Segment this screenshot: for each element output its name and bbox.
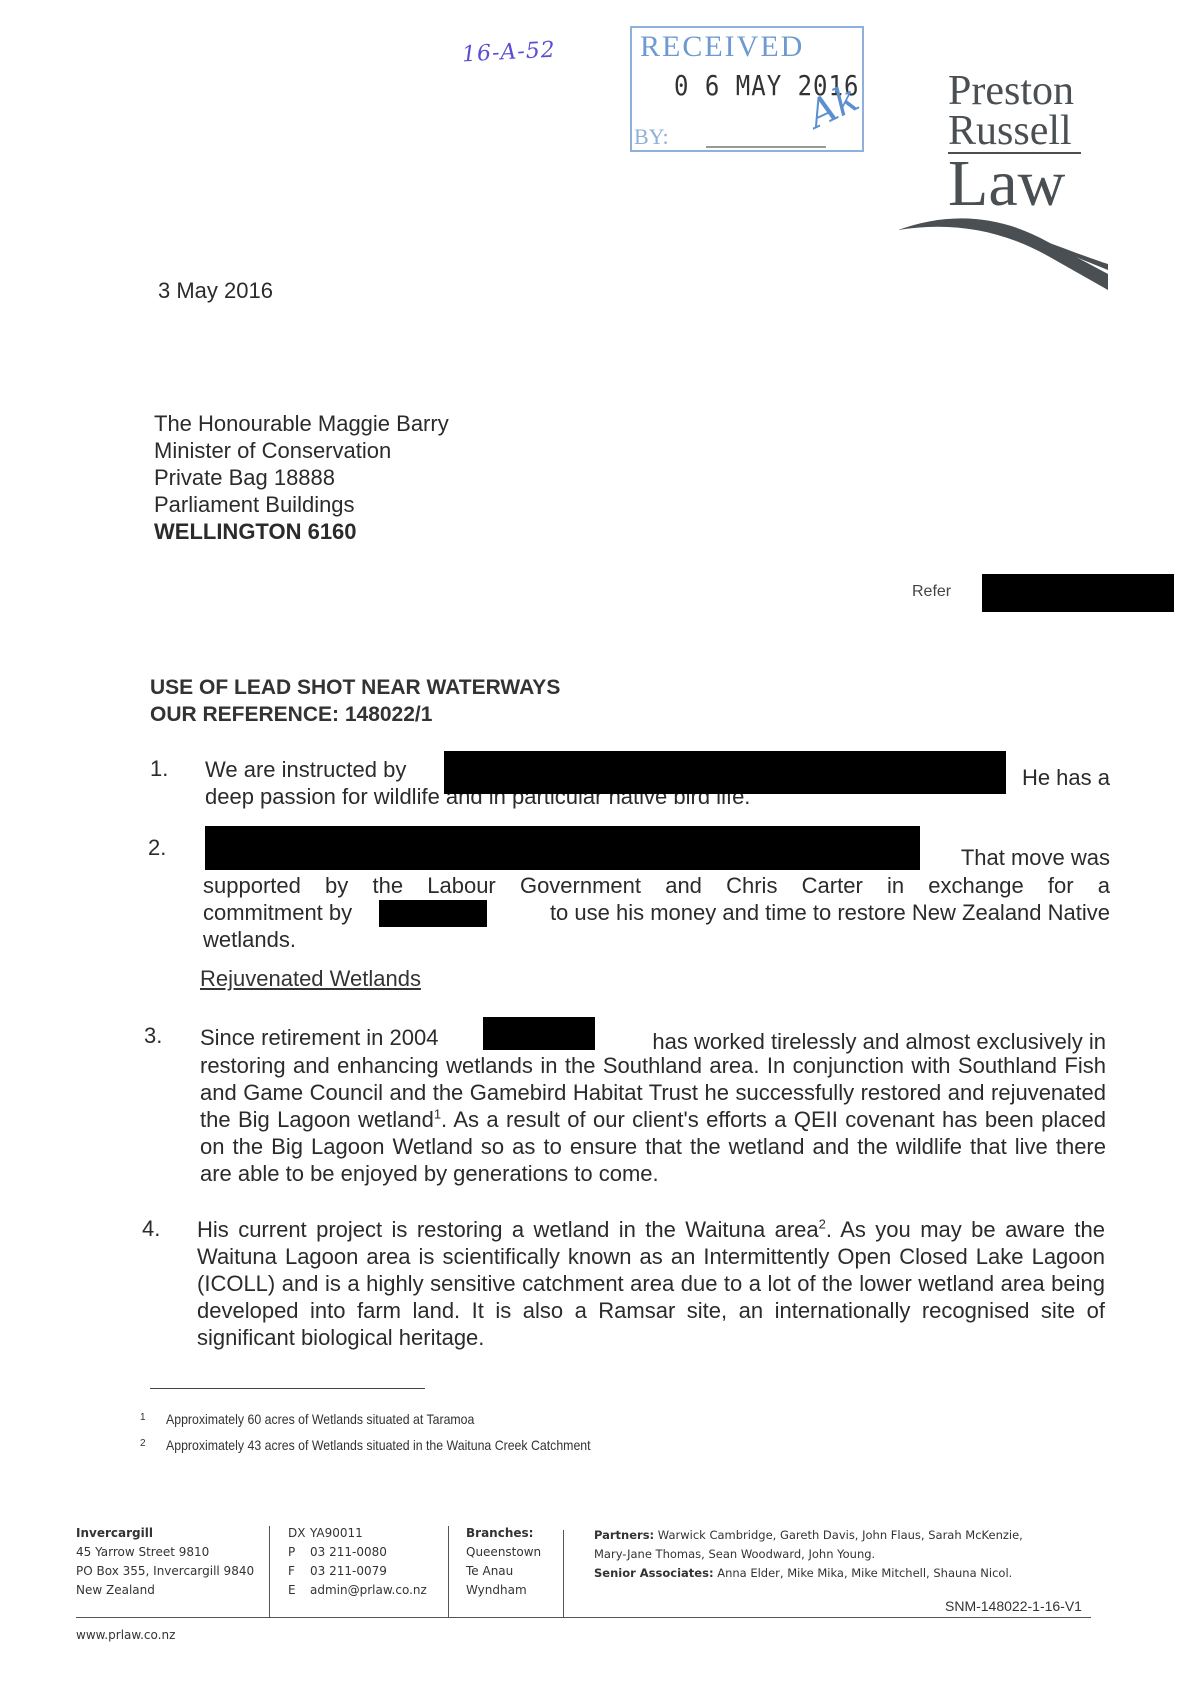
redaction-box: [483, 1017, 595, 1050]
firm-logo: Preston Russell Law: [900, 72, 1160, 213]
contact-email[interactable]: admin@prlaw.co.nz: [310, 1583, 427, 1597]
p2-text-line4: wetlands.: [203, 926, 1110, 953]
footnote-1: Approximately 60 acres of Wetlands situa…: [166, 1411, 474, 1427]
branch-item: Queenstown: [466, 1543, 541, 1562]
handwritten-reference: 16-A-52: [461, 38, 556, 68]
office-country: New Zealand: [76, 1581, 254, 1600]
contact-phone: 03 211-0080: [310, 1545, 387, 1559]
letter-subject: USE OF LEAD SHOT NEAR WATERWAYS OUR REFE…: [150, 674, 560, 728]
p2-text-line3-end: to use his money and time to restore New…: [550, 899, 1110, 926]
partners-list-cont: Mary-Jane Thomas, Sean Woodward, John Yo…: [594, 1545, 1023, 1564]
contact-label: P: [288, 1543, 310, 1562]
stamp-by-label: BY:: [634, 124, 669, 150]
subject-line: USE OF LEAD SHOT NEAR WATERWAYS: [150, 674, 560, 701]
recipient-building: Parliament Buildings: [154, 491, 449, 518]
contact-fax: 03 211-0079: [310, 1564, 387, 1578]
p1-text-end: He has a: [1022, 764, 1110, 791]
stamp-title: RECEIVED: [640, 30, 804, 64]
refer-label: Refer: [912, 583, 951, 601]
p2-text-line3-start: commitment by: [203, 900, 352, 925]
logo-word-preston: Preston: [948, 72, 1160, 112]
footnote-mark: 2: [140, 1438, 146, 1449]
branch-item: Wyndham: [466, 1581, 541, 1600]
section-subheading: Rejuvenated Wetlands: [200, 966, 421, 992]
footer-rule: [76, 1617, 1091, 1618]
footer-office: Invercargill 45 Yarrow Street 9810 PO Bo…: [76, 1524, 254, 1600]
paragraph-4: His current project is restoring a wetla…: [197, 1216, 1105, 1351]
senior-associates-list: Anna Elder, Mike Mika, Mike Mitchell, Sh…: [714, 1566, 1013, 1580]
partners-list: Warwick Cambridge, Gareth Davis, John Fl…: [654, 1528, 1023, 1542]
recipient-title: Minister of Conservation: [154, 437, 449, 464]
office-street: 45 Yarrow Street 9810: [76, 1543, 254, 1562]
paragraph-number: 1.: [150, 756, 168, 782]
p1-text-start: We are instructed by: [205, 757, 406, 782]
p3-text-rest: restoring and enhancing wetlands in the …: [200, 1052, 1106, 1187]
contact-label: F: [288, 1562, 310, 1581]
recipient-name: The Honourable Maggie Barry: [154, 410, 449, 437]
stamp-signature-line: [706, 146, 826, 148]
branch-item: Te Anau: [466, 1562, 541, 1581]
branches-title: Branches:: [466, 1524, 541, 1543]
office-city: Invercargill: [76, 1524, 254, 1543]
redaction-box: [379, 900, 487, 927]
footer-contact: DXYA90011 P03 211-0080 F03 211-0079 Eadm…: [288, 1524, 427, 1600]
footer-divider: [269, 1526, 270, 1618]
office-pobox: PO Box 355, Invercargill 9840: [76, 1562, 254, 1581]
letter-date: 3 May 2016: [158, 278, 273, 304]
p2-text-line2: supported by the Labour Government and C…: [203, 872, 1110, 899]
p2-text-line1-end: That move was: [961, 844, 1110, 871]
paragraph-3: Since retirement in 2004 has worked tire…: [200, 1024, 1106, 1187]
redaction-box: [205, 826, 920, 870]
footnote-mark: 1: [140, 1412, 146, 1423]
website-link[interactable]: www.prlaw.co.nz: [76, 1626, 175, 1645]
footnote-rule: [150, 1388, 425, 1389]
footer-divider: [563, 1530, 564, 1618]
paragraph-number: 3.: [144, 1023, 162, 1049]
logo-swoosh-icon: [898, 212, 1118, 302]
footnote-ref[interactable]: 2: [819, 1217, 826, 1232]
paragraph-number: 4.: [142, 1216, 160, 1242]
document-code: SNM-148022-1-16-V1: [945, 1598, 1082, 1614]
recipient-address: The Honourable Maggie Barry Minister of …: [154, 410, 449, 545]
recipient-city: WELLINGTON 6160: [154, 518, 449, 545]
footer-branches: Branches: Queenstown Te Anau Wyndham: [466, 1524, 541, 1600]
redaction-box: [444, 751, 1006, 794]
footnote-2: Approximately 43 acres of Wetlands situa…: [166, 1437, 591, 1453]
p3-text-line1-end: has worked tirelessly and almost exclusi…: [652, 1028, 1106, 1055]
recipient-postal: Private Bag 18888: [154, 464, 449, 491]
received-stamp: RECEIVED 0 6 MAY 2016 BY: Ak: [630, 26, 864, 152]
footnote-ref[interactable]: 1: [434, 1107, 441, 1122]
p3-text-start: Since retirement in 2004: [200, 1025, 438, 1050]
contact-label: E: [288, 1581, 310, 1600]
logo-word-russell: Russell: [948, 112, 1160, 152]
redaction-box: [982, 574, 1174, 612]
logo-word-law: Law: [948, 152, 1081, 213]
paragraph-number: 2.: [148, 835, 166, 861]
partners-label: Partners:: [594, 1528, 654, 1542]
footer-divider: [448, 1526, 449, 1618]
senior-associates-label: Senior Associates:: [594, 1566, 714, 1580]
p4-text-a: His current project is restoring a wetla…: [197, 1217, 819, 1242]
reference-line: OUR REFERENCE: 148022/1: [150, 701, 560, 728]
contact-label: DX: [288, 1524, 310, 1543]
footer-partners: Partners: Warwick Cambridge, Gareth Davi…: [594, 1526, 1023, 1583]
contact-dx: YA90011: [310, 1526, 363, 1540]
